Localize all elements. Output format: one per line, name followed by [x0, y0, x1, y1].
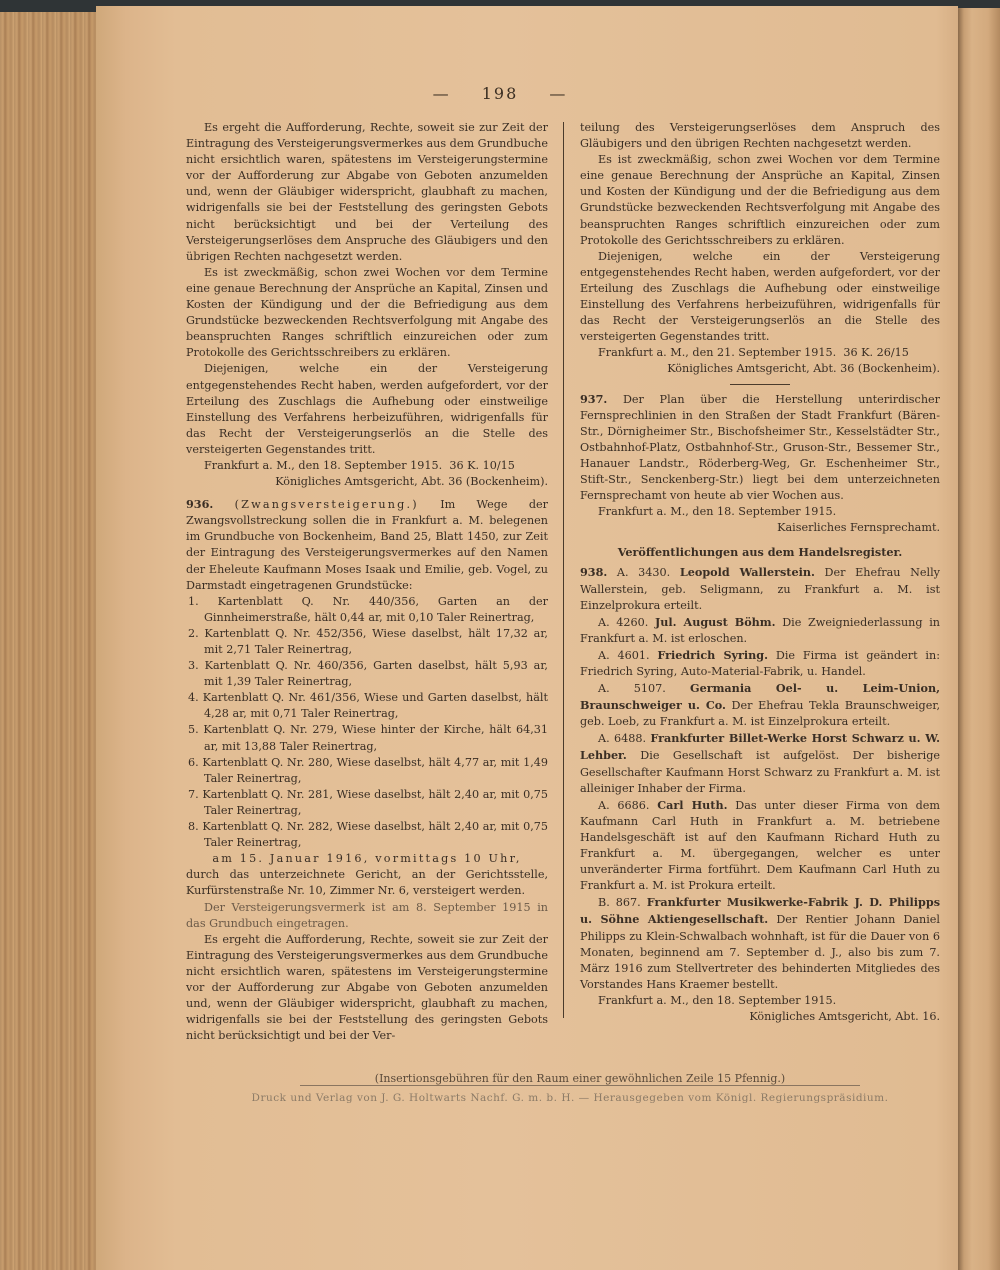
notice-937: 937. Der Plan über die Herstellung unter… [580, 391, 940, 505]
parcel-item: 8. Kartenblatt Q. Nr. 282, Wiese daselbs… [186, 819, 548, 851]
paragraph-aufforderung-2: Es ergeht die Aufforderung, Rechte, sowe… [186, 932, 548, 1045]
signature-block-2: Frankfurt a. M., den 21. September 1915.… [580, 345, 940, 361]
court-name: Königliches Amtsgericht, Abt. 36 (Bocken… [186, 474, 548, 490]
header-dash-right: — [549, 84, 567, 103]
entry-ref: A. 5107. [598, 682, 666, 695]
header-dash-left: — [433, 84, 451, 103]
entry-text: Das unter dieser Firma von dem Kaufmann … [580, 799, 940, 892]
notice-number: 936. [186, 497, 213, 511]
register-entry: A. 4260. Jul. August Böhm. Die Zweignied… [580, 614, 940, 647]
notice-text: Der Plan über die Herstellung unterirdis… [580, 393, 940, 503]
entry-ref: A. 6488. [598, 732, 646, 745]
entry-ref: B. 867. [598, 896, 641, 909]
entry-text: Die Gesellschaft ist aufgelöst. Der bish… [580, 749, 940, 794]
auction-date: am 15. Januar 1916, vormittags 10 Uhr, [186, 851, 548, 867]
paragraph-diejenigen: Diejenigen, welche ein der Versteigerung… [186, 361, 548, 458]
parcel-item: 1. Kartenblatt Q. Nr. 440/356, Garten an… [186, 594, 548, 626]
signature-place-date: Frankfurt a. M., den 18. September 1915. [580, 993, 940, 1009]
paragraph-berechnung-2: Es ist zweckmäßig, schon zwei Wochen vor… [580, 152, 940, 249]
left-column: Es ergeht die Aufforderung, Rechte, sowe… [186, 120, 548, 1044]
registration-note: Der Versteigerungsvermerk ist am 8. Sept… [186, 900, 548, 932]
court-name: Königliches Amtsgericht, Abt. 16. [580, 1009, 940, 1025]
insertion-fee-note: (Insertionsgebühren für den Raum einer g… [300, 1072, 860, 1086]
parcel-item: 3. Kartenblatt Q. Nr. 460/356, Garten da… [186, 658, 548, 690]
entry-ref: A. 3430. [617, 566, 670, 579]
register-entry: A. 5107. Germania Oel- u. Leim-Union, Br… [580, 680, 940, 730]
paragraph-aufforderung: Es ergeht die Aufforderung, Rechte, sowe… [186, 120, 548, 265]
notice-title: (Zwangsversteigerung.) [235, 498, 419, 511]
firm-name: Jul. August Böhm. [655, 615, 776, 629]
parcel-item: 7. Kartenblatt Q. Nr. 281, Wiese daselbs… [186, 787, 548, 819]
notice-936: 936. (Zwangsversteigerung.) Im Wege der … [186, 496, 548, 594]
notice-number: 938. [580, 565, 607, 579]
signature-place-date: Frankfurt a. M., den 18. September 1915. [580, 504, 940, 520]
register-entry: A. 6686. Carl Huth. Das unter dieser Fir… [580, 797, 940, 895]
entry-ref: A. 6686. [598, 799, 649, 812]
paragraph-diejenigen-2: Diejenigen, welche ein der Versteigerung… [580, 249, 940, 346]
printer-imprint: Druck und Verlag von J. G. Holtwarts Nac… [190, 1092, 950, 1104]
signature-place-date: Frankfurt a. M., den 21. September 1915. [598, 346, 836, 359]
entry-ref: A. 4601. [598, 649, 650, 662]
firm-name: Friedrich Syring. [657, 648, 768, 662]
notice-number: 937. [580, 392, 607, 406]
section-heading-handelsregister: Veröffentlichungen aus dem Handelsregist… [580, 544, 940, 560]
parcel-list: 1. Kartenblatt Q. Nr. 440/356, Garten an… [186, 594, 548, 852]
book-page-edges [0, 12, 98, 1270]
case-reference: 36 K. 10/15 [449, 459, 515, 472]
firm-name: Leopold Wallerstein. [680, 565, 815, 579]
court-name: Königliches Amtsgericht, Abt. 36 (Bocken… [580, 361, 940, 377]
register-entry: A. 6488. Frankfurter Billet-Werke Horst … [580, 730, 940, 796]
case-reference: 36 K. 26/15 [843, 346, 909, 359]
book-right-edge [958, 8, 1000, 1270]
authority-name: Kaiserliches Fernsprechamt. [580, 520, 940, 536]
right-column: teilung des Versteigerungserlöses dem An… [580, 120, 940, 1025]
parcel-item: 4. Kartenblatt Q. Nr. 461/356, Wiese und… [186, 690, 548, 722]
column-divider [563, 122, 564, 1018]
section-separator [730, 384, 790, 385]
entry-ref: A. 4260. [598, 616, 648, 629]
page-header: — 198 — [0, 84, 1000, 103]
register-entry: A. 4601. Friedrich Syring. Die Firma ist… [580, 647, 940, 680]
paragraph-berechnung: Es ist zweckmäßig, schon zwei Wochen vor… [186, 265, 548, 362]
signature-place-date: Frankfurt a. M., den 18. September 1915. [204, 459, 442, 472]
parcel-item: 2. Kartenblatt Q. Nr. 452/356, Wiese das… [186, 626, 548, 658]
signature-block-1: Frankfurt a. M., den 18. September 1915.… [186, 458, 548, 474]
page-number: 198 [482, 84, 519, 103]
auction-place: durch das unterzeichnete Gericht, an der… [186, 867, 548, 899]
notice-intro: Im Wege der Zwangsvollstreckung sollen d… [186, 498, 548, 591]
parcel-item: 6. Kartenblatt Q. Nr. 280, Wiese daselbs… [186, 755, 548, 787]
register-entry: B. 867. Frankfurter Musikwerke-Fabrik J.… [580, 894, 940, 993]
firm-name: Carl Huth. [657, 798, 727, 812]
paragraph-continuation: teilung des Versteigerungserlöses dem An… [580, 120, 940, 152]
register-entry: 938. A. 3430. Leopold Wallerstein. Der E… [580, 564, 940, 613]
parcel-item: 5. Kartenblatt Q. Nr. 279, Wiese hinter … [186, 722, 548, 754]
